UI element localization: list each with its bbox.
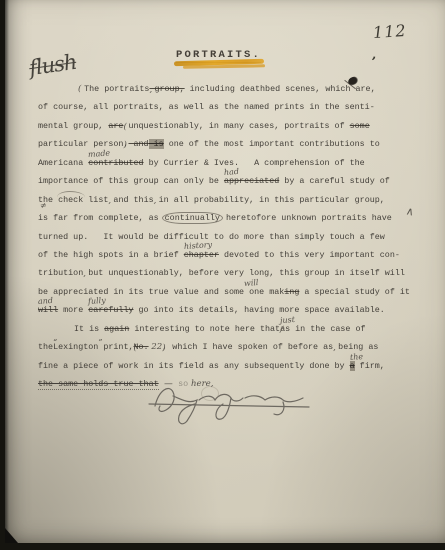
struck-through-text: appreciated [224,176,279,186]
typed-text: including deathbed scenes, which are, [185,84,376,94]
checked-text: check [58,195,83,205]
typed-text: mental group, [38,121,108,131]
struck-through-text: some [350,121,370,131]
page-edge-shadow [5,0,9,543]
circled-text: continually [162,212,223,224]
typescript-line: importance of this group can only be had… [38,172,428,190]
orange-highlight-mark [183,64,265,68]
handwritten-insertion-above: and [37,293,38,311]
typed-text: one mak [244,287,284,297]
typed-text: particular person [38,139,123,149]
typed-text: being as [333,342,378,352]
struck-through-text: contributed [88,158,143,168]
typed-text: and this [108,195,153,205]
typed-text: It is [74,324,104,334]
typed-text: fine a piece of work in its field as any… [38,361,350,371]
torn-corner [5,528,18,543]
typescript-line: mental group, are( unquestionably, in ma… [38,117,428,135]
signature-scribble-crossed-out [147,380,317,428]
typed-text: of course, all portraits, as well as the… [38,102,375,112]
typed-text: one of the most important contributions … [164,139,380,149]
typed-text: the [38,342,53,352]
typed-text: importance of this group can only be [38,176,224,186]
typed-text: , which I have spoken of before as [162,342,333,352]
typed-text: firm, [355,361,385,371]
typed-text: by a careful study of [279,176,390,186]
typescript-line: turned up. It would be difficult to do m… [38,228,428,246]
struck-through-text: chapter [184,250,219,260]
struck-through-text: will [38,305,58,315]
typescript-page: 112 ’ PORTRAITS. flush ( The portraits, … [5,0,445,543]
struck-through-text: group, [149,84,184,94]
margin-note-handwritten: flush [28,50,78,80]
struck-through-text: and [128,139,148,149]
typescript-line: of course, all portraits, as well as the… [38,98,428,116]
typed-text: list [83,195,108,205]
handwritten-text: 22 [149,342,163,352]
typed-text: tribution [38,268,83,278]
dash-struck-text: the same holds true that [38,379,159,390]
typed-text: devoted to this very important con- [219,250,400,260]
typed-text: is far from complete, as [38,213,164,223]
typed-text: The portraits [84,84,149,94]
typed-text: heretofore unknown portraits have [221,213,392,223]
typed-text: print, [98,342,133,352]
typescript-line: of the high spots in a brief historychap… [38,246,428,264]
typed-text: unquestionably, in many cases, portraits… [123,121,349,131]
typescript-line: ( The portraits, group, including deathb… [38,80,428,98]
typescript-line: the“Lexington” print,(No. 22), which I h… [38,338,428,356]
struck-through-text: carefully [88,305,133,315]
typed-text: be appreciated in its true value and som… [38,287,244,297]
struck-through-text: are [108,121,123,131]
typescript-line: is far from complete, as continually her… [38,209,428,227]
typed-text: Americana [38,158,88,168]
page-number: 112 [372,21,407,42]
handwritten-insertion-above: had [223,164,224,182]
typescript-line: fine a piece of work in its field as any… [38,357,428,375]
typed-text: by Currier & Ives. A comprehension of th… [144,158,365,168]
typed-text: but unquestionably, before very long, th… [83,268,405,278]
typed-text: more [58,305,88,315]
struck-through-text: again [104,324,129,334]
typescript-line: tribution, but unquestionably, before ve… [38,264,428,282]
typed-text: as in the case of [280,324,365,334]
stray-pencil-mark: ’ [370,55,377,70]
typed-text: Lexington [53,342,98,352]
faint-stain [201,386,219,401]
typescript-body: ( The portraits, group, including deathb… [38,80,428,393]
typed-text: a special study of it [299,287,410,297]
typed-text: of the high spots in a brief [38,250,184,260]
margin-pencil-mark: ≠ [39,200,47,210]
typed-text: go into its details, having more space a… [134,305,385,315]
typed-text: interesting to note here that [129,324,280,334]
typescript-line: andwill more fullycarefully go into its … [38,301,428,319]
typescript-line: It is again interesting to note here tha… [38,320,428,338]
struck-through-text: ing [284,287,299,297]
typescript-line: the check list, and this, in all probabi… [38,191,428,209]
blotted-struck-text: is [149,139,164,149]
typed-text: in all probability, in this particular g… [154,195,385,205]
